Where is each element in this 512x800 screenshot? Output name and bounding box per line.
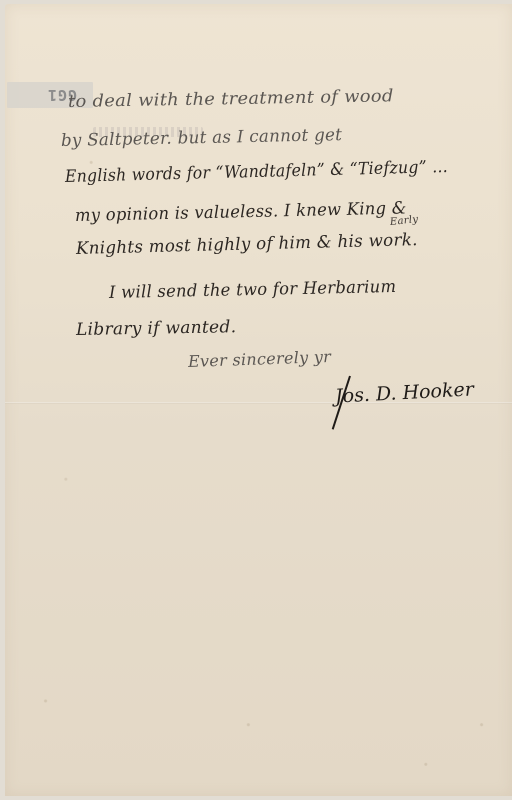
- scan-background: GG1 to deal with the treatment of wood b…: [0, 0, 512, 800]
- letter-line-5: Knights most highly of him & his work.: [76, 230, 418, 259]
- letter-line-3: English words for “Wandtafeln” & “Tiefzu…: [65, 157, 449, 187]
- letter-line-1: to deal with the treatment of wood: [68, 86, 394, 112]
- letter-line-7: Library if wanted.: [76, 317, 237, 340]
- letter-line-6: I will send the two for Herbarium: [109, 277, 397, 303]
- interlinear-insertion: Early: [389, 214, 418, 228]
- letter-page: GG1 to deal with the treatment of wood b…: [5, 4, 512, 796]
- closing-line: Ever sincerely yr: [188, 347, 332, 371]
- letter-line-4: my opinion is valueless. I knew King &: [75, 198, 407, 226]
